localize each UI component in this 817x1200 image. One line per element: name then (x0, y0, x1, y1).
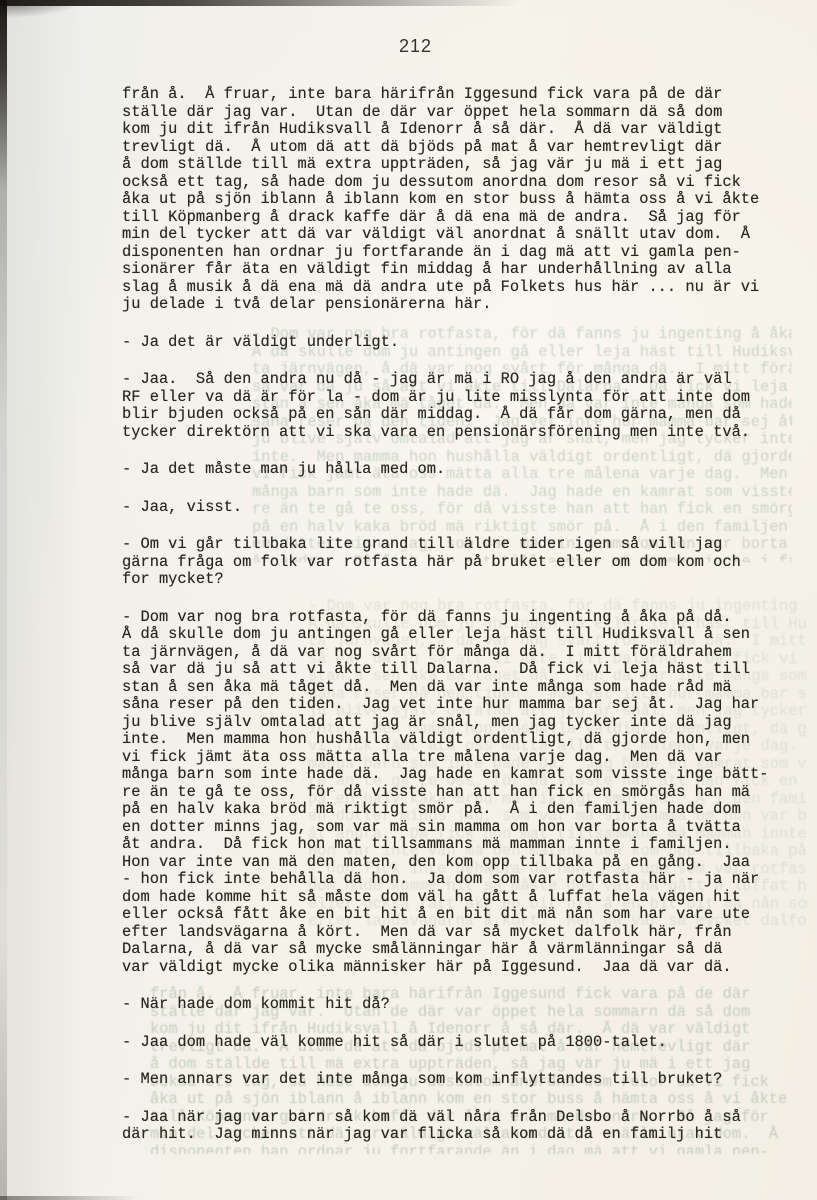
dialogue-paragraph: - Ja det är väldigt underligt. (122, 334, 792, 352)
dialogue-paragraph: - Jaa, visst. (122, 499, 792, 517)
dialogue-paragraph: - Jaa när jag var barn så kom dä väl når… (122, 1109, 792, 1144)
dialogue-paragraph: från å. Å fruar, inte bara härifrån Igge… (122, 86, 792, 314)
paper-curl-shadow (7, 0, 87, 1200)
page-number: 212 (0, 36, 817, 57)
dialogue-paragraph: - Ja det måste man ju hålla med om. (122, 461, 792, 479)
scanned-document-page: - Dom var nog bra rotfasta, för dä fanns… (0, 0, 817, 1200)
dialogue-paragraph: - Om vi går tillbaka lite grand till äld… (122, 536, 792, 589)
dialogue-paragraph: - Dom var nog bra rotfasta, för dä fanns… (122, 609, 792, 977)
interview-transcript: från å. Å fruar, inte bara härifrån Igge… (122, 86, 792, 1164)
dialogue-paragraph: - Men annars var det inte många som kom … (122, 1071, 792, 1089)
dialogue-paragraph: - Jaa. Så den andra nu då - jag är mä i … (122, 371, 792, 441)
dialogue-paragraph: - När hade dom kommit hit då? (122, 996, 792, 1014)
scan-edge-left (0, 0, 7, 1200)
dialogue-paragraph: - Jaa dom hade väl komme hit så där i sl… (122, 1034, 792, 1052)
